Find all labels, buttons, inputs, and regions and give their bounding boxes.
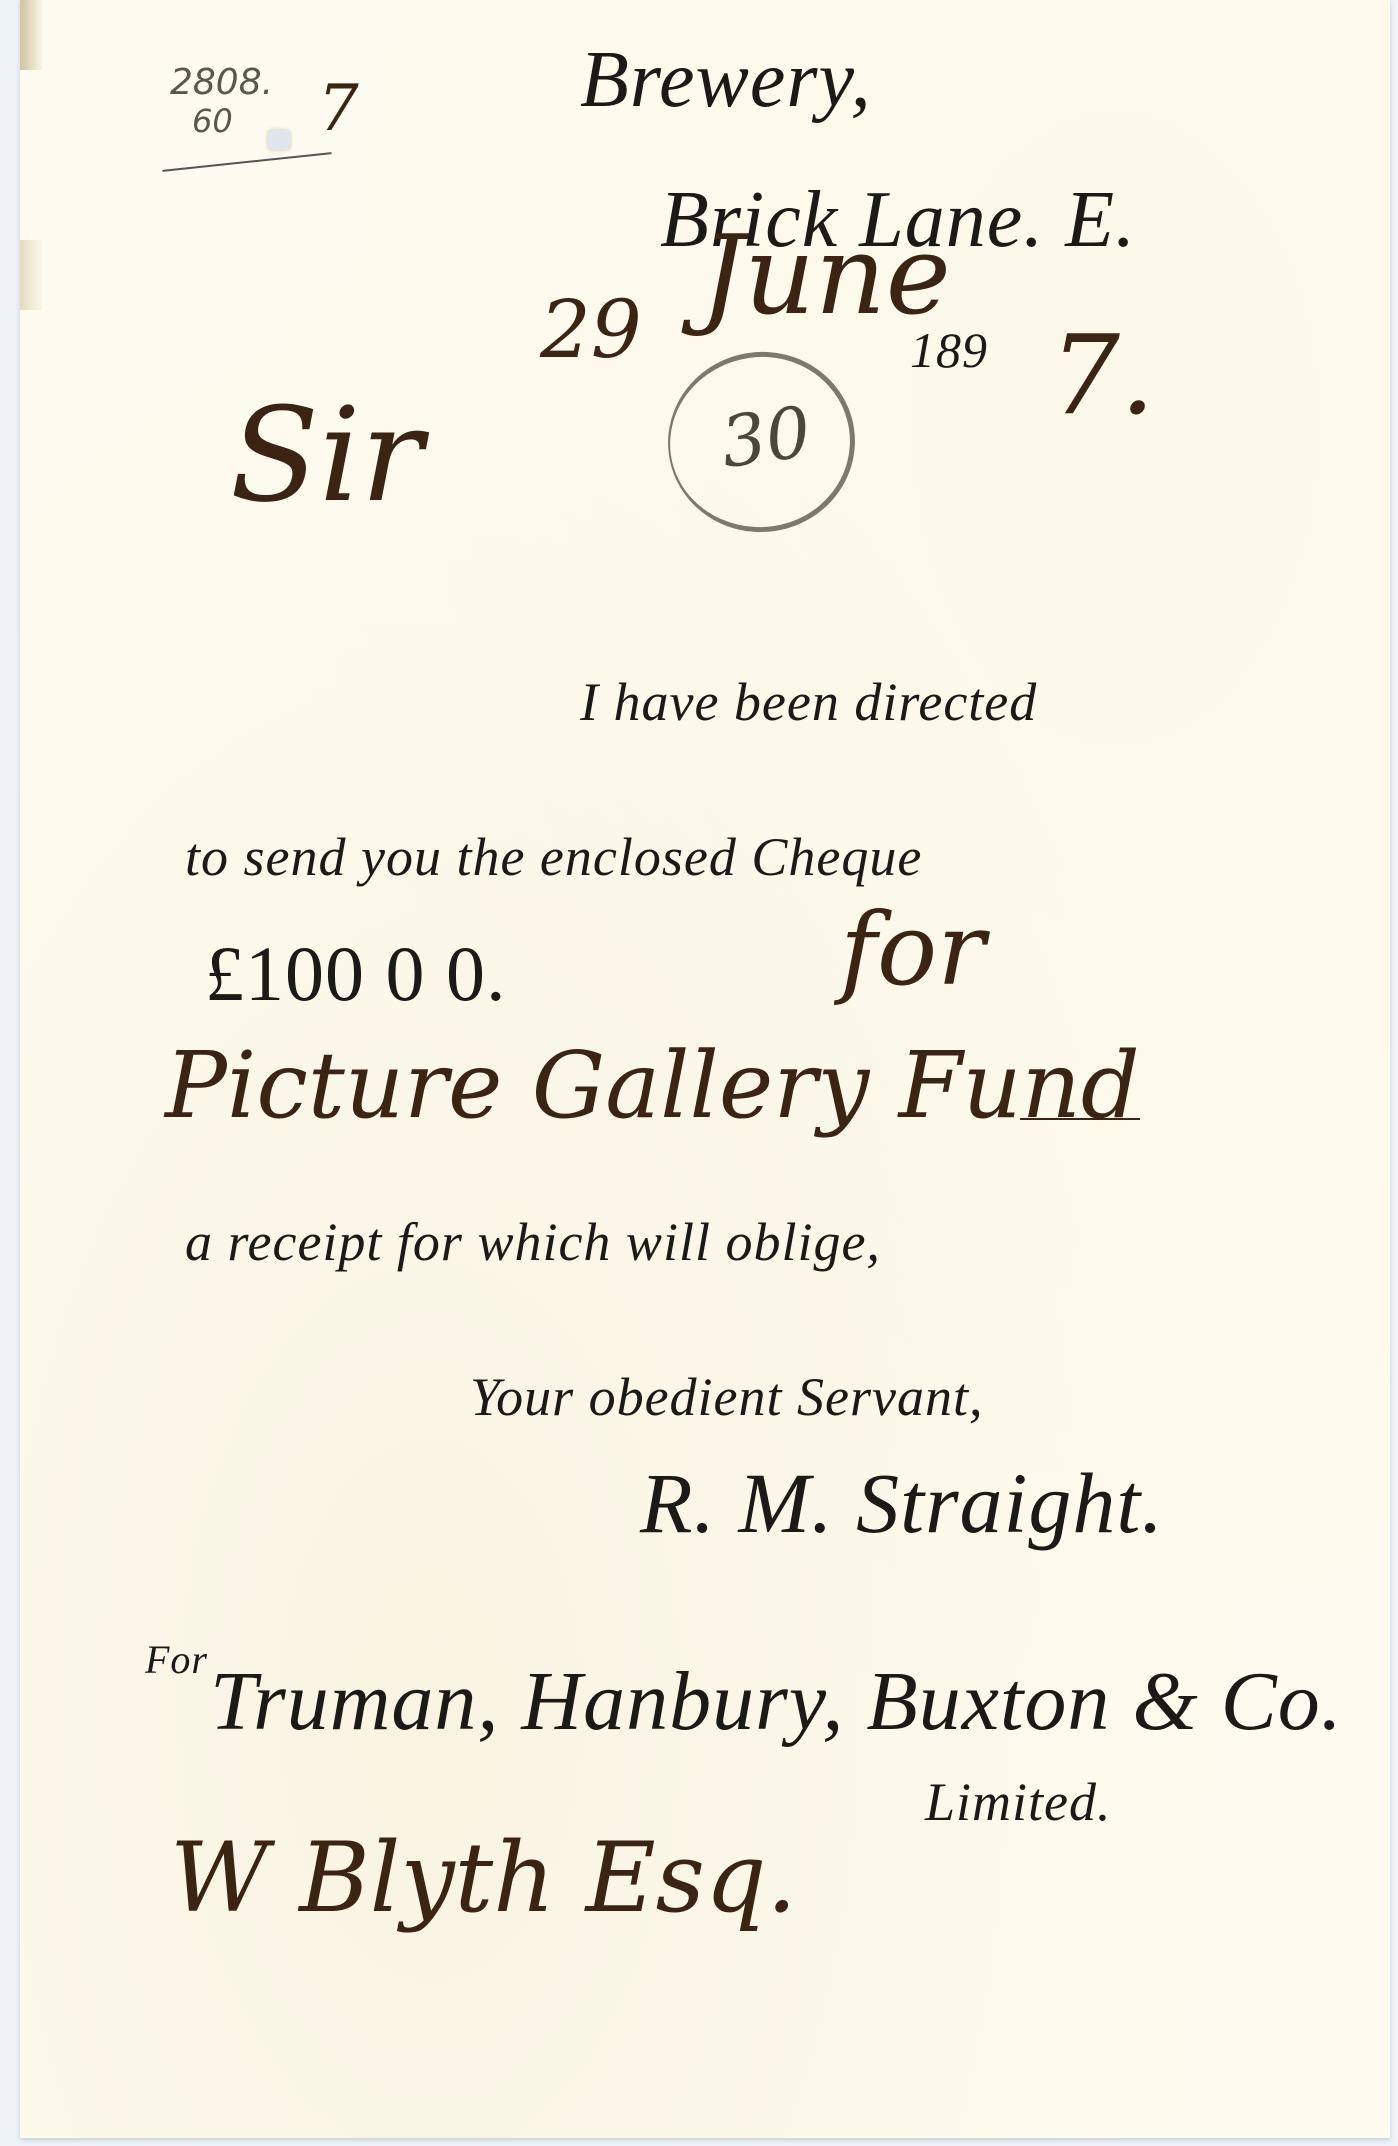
- body-line2: to send you the enclosed Cheque: [185, 830, 922, 884]
- signatory: R. M. Straight.: [640, 1460, 1164, 1546]
- punch-hole: [268, 130, 290, 150]
- company-suffix: Limited.: [925, 1775, 1112, 1829]
- amount-for: for: [840, 900, 985, 1000]
- edge-stain: [20, 240, 42, 310]
- company-name: Truman, Hanbury, Buxton & Co.: [210, 1660, 1343, 1744]
- purpose-tail-line: [1020, 1118, 1140, 1120]
- valediction: Your obedient Servant,: [470, 1370, 983, 1424]
- letter-page: 2808. 60 7 Brewery, Brick Lane. E. 29 Ju…: [20, 0, 1390, 2138]
- body-line1: I have been directed: [580, 675, 1037, 729]
- archive-reference: 2808. 60 7: [170, 65, 330, 155]
- salutation: Sir: [230, 390, 423, 520]
- edge-stain: [20, 0, 42, 70]
- archive-ref-bracket: 7: [318, 77, 359, 141]
- body-line3: a receipt for which will oblige,: [185, 1215, 881, 1269]
- archive-ref-line1: 2808.: [170, 65, 273, 101]
- archive-ref-line2: 60: [192, 105, 233, 137]
- circled-number-stamp: 30: [656, 340, 866, 544]
- addressee: W Blyth Esq.: [170, 1830, 797, 1926]
- date-year-suffix: 7.: [1050, 320, 1155, 430]
- purpose: Picture Gallery Fund: [165, 1040, 1140, 1132]
- letterhead-line1: Brewery,: [580, 40, 872, 120]
- date-year-prefix: 189: [910, 325, 988, 375]
- stamp-number: 30: [716, 391, 816, 485]
- date-day: 29: [540, 290, 642, 370]
- archive-ref-underline: [162, 152, 331, 172]
- date-month: June: [700, 220, 951, 330]
- cheque-amount: £100 0 0.: [205, 935, 507, 1013]
- company-prefix: For: [145, 1640, 208, 1680]
